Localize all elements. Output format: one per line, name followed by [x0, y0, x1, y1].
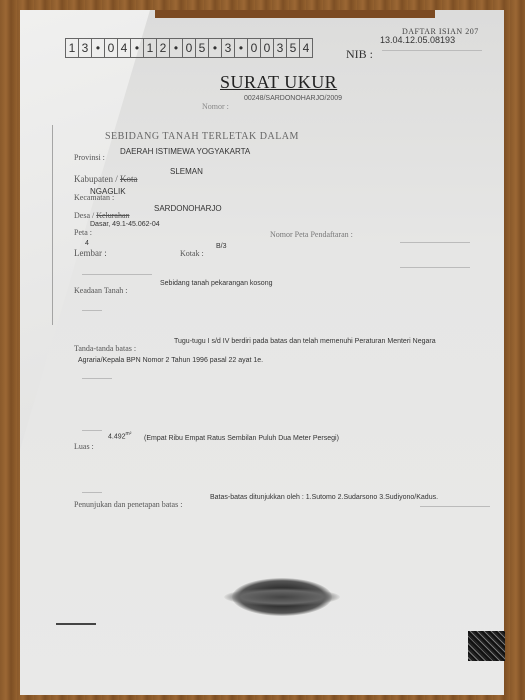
lembar-label: Lembar :	[74, 248, 107, 258]
nib-box: 0	[261, 39, 274, 57]
nomor-label: Nomor :	[202, 102, 229, 111]
desa-label: Desa / Kelurahan	[74, 211, 130, 220]
peta-value: Dasar, 49.1-45.062-04	[90, 221, 160, 228]
luas-label: Luas :	[74, 442, 94, 451]
nib-label: NIB :	[346, 47, 373, 62]
nib-box: •	[235, 39, 248, 57]
keadaan-tanah-label: Keadaan Tanah :	[74, 286, 128, 295]
kabupaten-value: SLEMAN	[170, 167, 203, 176]
qr-code	[468, 631, 505, 661]
kecamatan-label: Kecamatan :	[74, 193, 114, 202]
nomor-value: 00248/SARDONOHARJO/2009	[244, 95, 342, 102]
pen-mark	[56, 623, 96, 625]
peta-label: Peta :	[74, 228, 92, 237]
desk-edge	[155, 10, 435, 18]
margin-line	[52, 125, 53, 325]
kotak-label: Kotak :	[180, 249, 204, 258]
document-page: DAFTAR ISIAN 207 13.04.12.05.08193 NIB :…	[20, 10, 504, 695]
keadaan-tanah-value: Sebidang tanah pekarangan kosong	[160, 280, 272, 287]
nib-box: 5	[196, 39, 209, 57]
nib-box: 0	[183, 39, 196, 57]
nib-boxes: 13•04•12•05•3•00354	[65, 38, 313, 58]
penunjukan-value: Batas-batas ditunjukkan oleh : 1.Sutomo …	[210, 494, 438, 501]
nib-box: 2	[157, 39, 170, 57]
kabupaten-label: Kabupaten / Kota	[74, 174, 137, 184]
location-heading: SEBIDANG TANAH TERLETAK DALAM	[105, 131, 299, 142]
nib-box: •	[170, 39, 183, 57]
nib-box: 5	[287, 39, 300, 57]
nib-box: 1	[144, 39, 157, 57]
nib-value: 13.04.12.05.08193	[380, 35, 455, 45]
seal-emblem	[232, 578, 332, 616]
nib-box: 3	[274, 39, 287, 57]
tanda-batas-line2: Agraria/Kepala BPN Nomor 2 Tahun 1996 pa…	[78, 357, 263, 364]
provinsi-value: DAERAH ISTIMEWA YOGYAKARTA	[120, 147, 250, 156]
tanda-batas-label: Tanda-tanda batas :	[74, 344, 136, 353]
nib-box: •	[92, 39, 105, 57]
nomor-peta-label: Nomor Peta Pendaftaran :	[270, 230, 353, 239]
nib-box: •	[209, 39, 222, 57]
luas-value: 4.492m²	[108, 431, 131, 440]
luas-words: (Empat Ribu Empat Ratus Sembilan Puluh D…	[144, 435, 339, 442]
lembar-value: 4	[85, 240, 89, 247]
penunjukan-label: Penunjukan dan penetapan batas :	[74, 500, 182, 509]
nib-box: •	[131, 39, 144, 57]
kotak-value: B/3	[216, 243, 227, 250]
nib-box: 0	[248, 39, 261, 57]
page-title: SURAT UKUR	[220, 72, 337, 93]
nib-box: 4	[300, 39, 312, 57]
nib-box: 1	[66, 39, 79, 57]
nib-box: 3	[79, 39, 92, 57]
nib-box: 3	[222, 39, 235, 57]
nib-box: 4	[118, 39, 131, 57]
provinsi-label: Provinsi :	[74, 153, 105, 162]
nib-box: 0	[105, 39, 118, 57]
tanda-batas-line1: Tugu-tugu I s/d IV berdiri pada batas da…	[174, 338, 436, 345]
desa-value: SARDONOHARJO	[154, 204, 222, 213]
